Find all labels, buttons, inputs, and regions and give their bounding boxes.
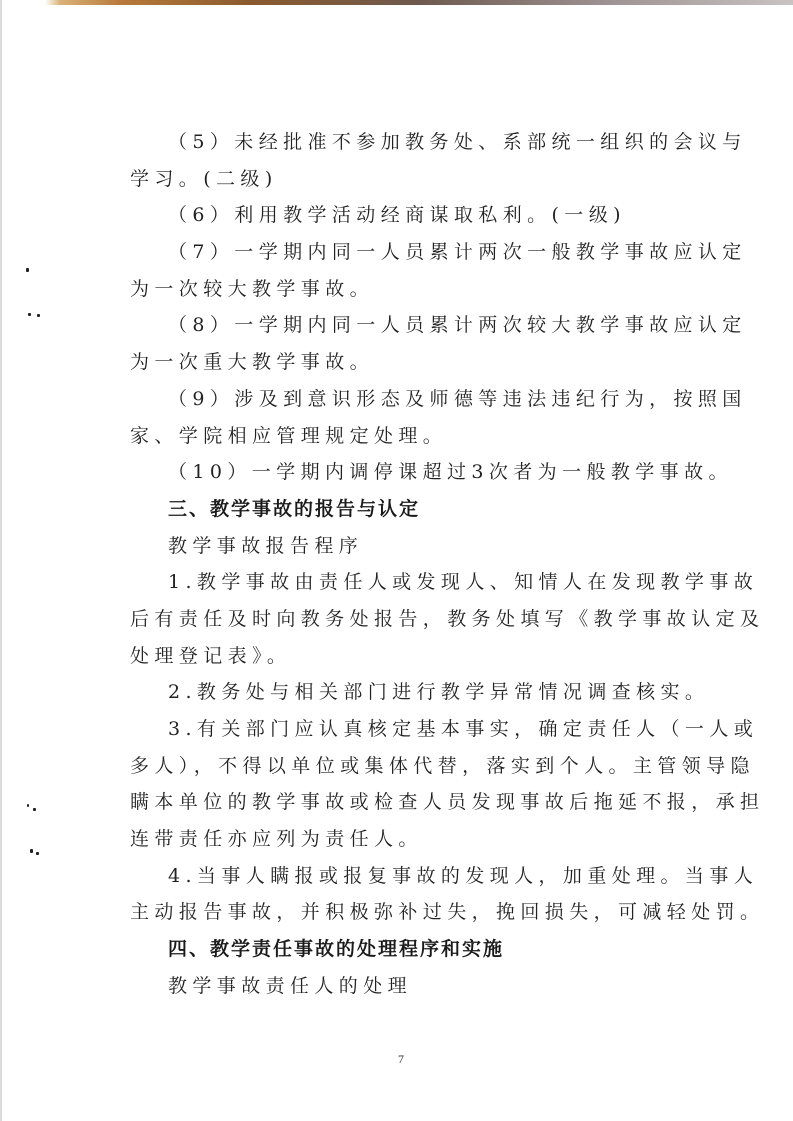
step-4-line-2: 主动报告事故，并积极弥补过失，挽回损失，可减轻处罚。	[130, 894, 678, 931]
step-2-line-1: 2.教务处与相关部门进行教学异常情况调查核实。	[130, 674, 678, 711]
scan-speck	[28, 313, 31, 316]
scan-top-edge	[0, 0, 793, 5]
section-heading-3: 三、教学事故的报告与认定	[130, 491, 678, 528]
step-3-line-4: 连带责任亦应列为责任人。	[130, 821, 678, 858]
page-number: 7	[398, 1052, 404, 1067]
scan-speck	[27, 804, 29, 807]
item-9-line-2: 家、学院相应管理规定处理。	[130, 418, 678, 455]
subsection-title-responsible-handling: 教学事故责任人的处理	[130, 968, 678, 1005]
step-1-line-2: 后有责任及时向教务处报告，教务处填写《教学事故认定及	[130, 601, 678, 638]
step-4-line-1: 4.当事人瞒报或报复事故的发现人，加重处理。当事人	[130, 858, 678, 895]
item-7-line-1: （7）一学期内同一人员累计两次一般教学事故应认定	[130, 234, 678, 271]
item-10-line-1: （10）一学期内调停课超过3次者为一般教学事故。	[130, 454, 678, 491]
step-1-line-3: 处理登记表》。	[130, 638, 678, 675]
step-3-line-1: 3.有关部门应认真核定基本事实，确定责任人（一人或	[130, 711, 678, 748]
section-heading-4: 四、教学责任事故的处理程序和实施	[130, 931, 678, 968]
step-1-line-1: 1.教学事故由责任人或发现人、知情人在发现教学事故	[130, 564, 678, 601]
item-5-line-2: 学习。(二级)	[130, 161, 678, 198]
scan-speck	[30, 849, 33, 853]
step-3-line-2: 多人），不得以单位或集体代替，落实到个人。主管领导隐	[130, 748, 678, 785]
scan-speck	[26, 268, 29, 272]
item-8-line-2: 为一次重大教学事故。	[130, 344, 678, 381]
item-7-line-2: 为一次较大教学事故。	[130, 271, 678, 308]
item-8-line-1: （8）一学期内同一人员累计两次较大教学事故应认定	[130, 307, 678, 344]
item-5-line-1: （5）未经批准不参加教务处、系部统一组织的会议与	[130, 124, 678, 161]
scan-speck	[37, 314, 40, 317]
scan-speck	[36, 852, 39, 855]
item-9-line-1: （9）涉及到意识形态及师德等违法违纪行为，按照国	[130, 381, 678, 418]
item-6-line-1: （6）利用教学活动经商谋取私利。(一级)	[130, 197, 678, 234]
scan-speck	[33, 808, 36, 811]
subsection-title-report-procedure: 教学事故报告程序	[130, 528, 678, 565]
document-body: （5）未经批准不参加教务处、系部统一组织的会议与 学习。(二级) （6）利用教学…	[130, 124, 678, 1005]
step-3-line-3: 瞒本单位的教学事故或检查人员发现事故后拖延不报，承担	[130, 784, 678, 821]
scan-left-edge	[0, 0, 2, 1121]
